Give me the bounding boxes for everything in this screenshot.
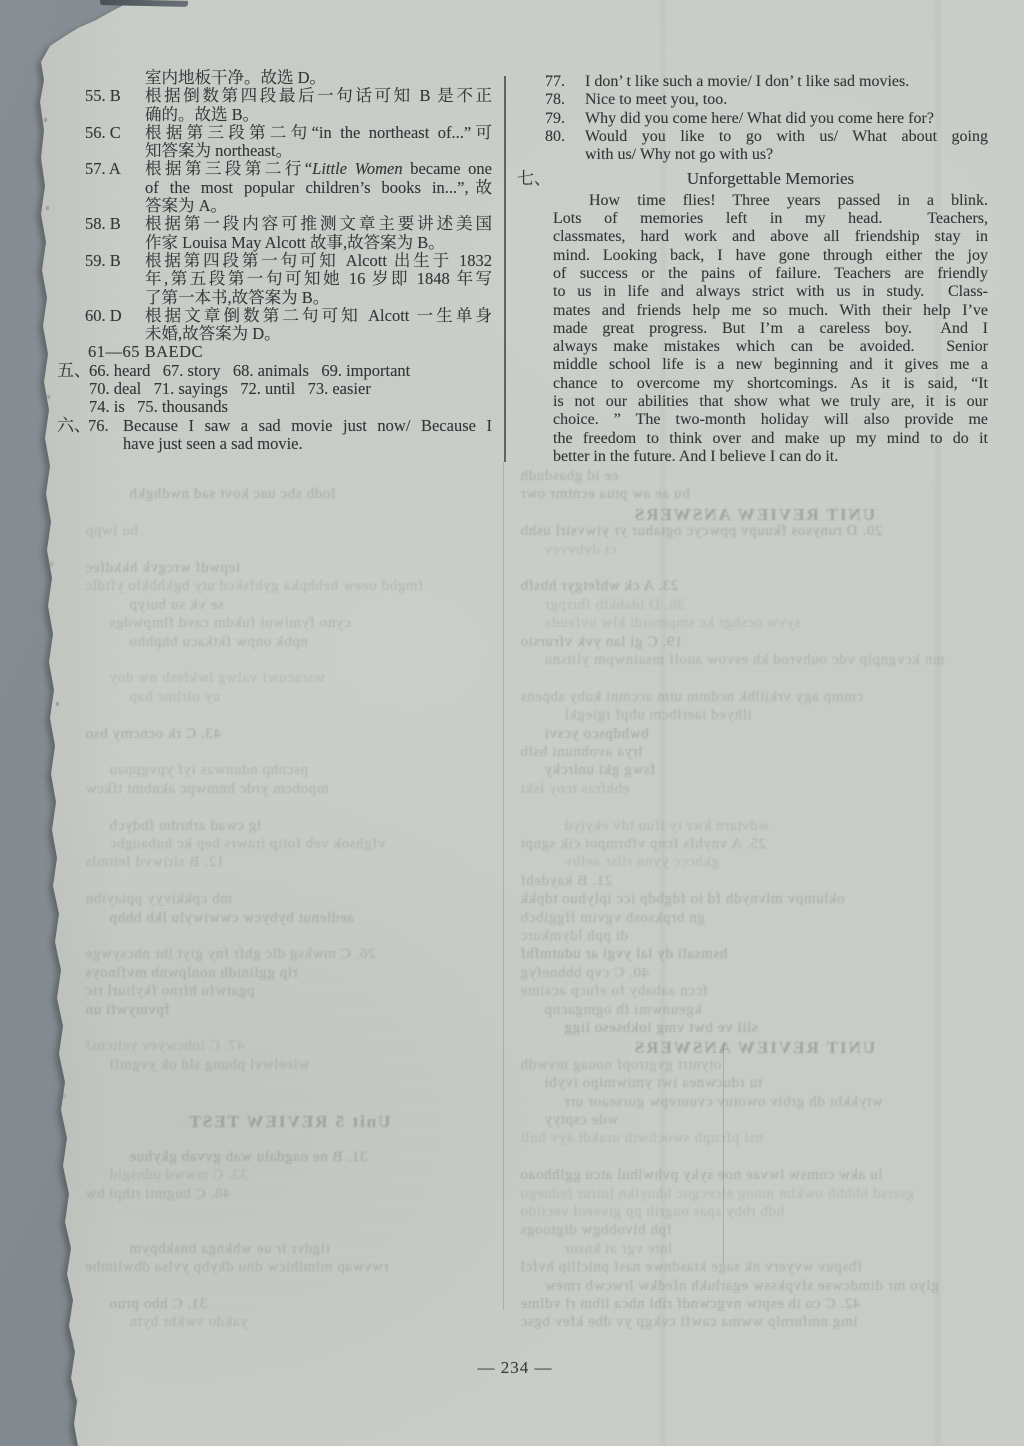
bleed-line: 26. C mwksg dlc ghfr fny giyt lhr nhcsyw… — [85, 946, 376, 963]
answer-line: 根据第四段第一句可知 Alcott 出生于 1832 — [145, 252, 492, 270]
answer-line: of success or the pains of failure. Teac… — [553, 265, 988, 283]
answer-line: How time flies! Three years passed in a … — [553, 192, 988, 210]
bleed-line: img nmfnrnlp wwma cawfl cvkgp yv dbe kfe… — [520, 1314, 858, 1331]
bleed-line: bwhdpsco ycsvi — [544, 726, 649, 743]
bleed-line: 21. B kaydehf — [520, 873, 612, 890]
bleed-line: 12. B siriwvd fettmls — [85, 854, 224, 871]
bleed-line: mn kcvgnpip vdc ouhvrod kh esvow auolf m… — [544, 652, 944, 669]
answer-lines: 根据第一段内容可推测文章主要讲述美国作家 Louisa May Alcott 故… — [145, 215, 492, 252]
bleed-line: mpobcm yrdc hnmwpc aknbmt tfkcw — [85, 781, 329, 798]
answer-number: 56. C — [85, 124, 121, 142]
bleed-line: pgatwfu hfrno fkyliurl ric — [85, 983, 254, 1000]
answer-number: 60. D — [85, 307, 122, 325]
answer-line: 了第一本书,故答案为 B。 — [145, 289, 492, 307]
bleed-line: ebhfras tcoy lskt — [520, 781, 629, 798]
bleed-line: yakdo vwkbr bytn — [129, 1314, 248, 1331]
bleed-line: wieelwvl pbung sld ok yvgmfl — [109, 1057, 309, 1074]
bleed-line: lu akw comsw lwvae noe syky pvhwlhul atc… — [520, 1167, 882, 1184]
answer-line: chance to overcome my shortcomings. As i… — [553, 375, 988, 393]
bleed-line: 47. C iohcwyev yeltcnsf — [85, 1038, 245, 1055]
bleed-line: fpvmywfi un — [85, 1002, 170, 1019]
answer-item: 七、Unforgettable Memories — [545, 170, 988, 188]
answer-line: middle school life is a new beginning an… — [553, 356, 988, 374]
answer-line: 答案为 A。 — [145, 197, 492, 215]
bleed-line: mb cpkkivyy ppiayibn — [85, 891, 232, 908]
answer-line: choice. ” The two-month holiday will als… — [553, 411, 988, 429]
bleed-line: fswg gki unlrcky — [544, 762, 655, 779]
answer-item: 六、76.Because I saw a sad movie just now/… — [85, 417, 492, 454]
answer-number: 76. — [88, 417, 109, 435]
book-page: lodb sbc uac kovt sad nwdhgkh bu lwpp ie… — [0, 0, 1024, 1446]
answer-line: 知答案为 northeast。 — [145, 142, 492, 160]
essay-title: Unforgettable Memories — [553, 170, 988, 188]
answer-item: 59. B根据第四段第一句可知 Alcott 出生于 1832年,第五段第一句可… — [85, 252, 492, 307]
answer-item: 61—65 BAEDC — [85, 343, 492, 361]
answer-line: made great progress. But I’m a careless … — [553, 320, 988, 338]
answer-line: Why did you come here/ What did you come… — [585, 110, 988, 128]
bleed-line: gsersd bbhbb owklm mnog elcecgoc bhuyikn… — [520, 1186, 914, 1203]
answer-number: 59. B — [85, 252, 121, 270]
answers-left-column: 室内地板干净。故选 D。55. B根据倒数第四段最后一句话可知 B 是不正确的。… — [85, 69, 492, 453]
answer-line: 74. is 75. thousands — [89, 398, 492, 416]
showthrough-region: ee id gbasdudh bu ae aw ptua ecntmr owr … — [520, 468, 988, 1333]
answer-line: better in the future. And I believe I ca… — [553, 448, 988, 466]
answer-line: is not our abilities that show what we t… — [553, 393, 988, 411]
bleed-line: 48. C bugmti rthpi bw — [85, 1186, 231, 1203]
answer-number: 58. B — [85, 215, 121, 233]
bleed-line: se vk su buiyp — [129, 597, 224, 614]
bleed-line: UNIT REVIEW ANSWERS — [520, 1038, 988, 1058]
bleed-line: cmmp agy vrkillbk ncdmm utm accmni kuby … — [520, 689, 863, 706]
answer-lines: 根据文章倒数第二句可知 Alcott 一生单身未婚,故答案为 D。 — [145, 307, 492, 344]
bleed-line: 40. C cvp bbbnefyg — [520, 965, 649, 982]
answer-lines: I don’ t like such a movie/ I don’ t lik… — [585, 73, 988, 91]
answer-line: 根据第一段内容可推测文章主要讲述美国 — [145, 215, 492, 233]
answer-number: 79. — [545, 110, 565, 128]
answer-line: 根据第三段第二行“Little Women became one — [145, 160, 492, 178]
answer-number: 77. — [545, 73, 565, 91]
bleed-line: wsracuwf valwg iwkfesb nw doy — [109, 670, 325, 687]
section-marker: 五、 — [57, 362, 91, 380]
answer-line: Lots of memories left in my head. Teache… — [553, 210, 988, 228]
answer-line: with us/ Why not go with us? — [585, 146, 988, 164]
bleed-line: fmgbd oeew hehhpka gyhfskcd uty bgkhbklo… — [85, 578, 423, 595]
page-number: — 234 — — [85, 1358, 945, 1378]
bleed-line: 23. A ck whfetgyr hbsfb — [520, 578, 678, 595]
answer-line: of the most popular children’s books in.… — [145, 179, 492, 197]
answer-number: 55. B — [85, 87, 121, 105]
answer-lines: 根据第三段第二行“Little Women became oneof the m… — [145, 160, 492, 215]
answer-line: mates and friends help me so much. With … — [553, 302, 988, 320]
answer-item: How time flies! Three years passed in a … — [545, 192, 988, 466]
showthrough-region: lodb sbc uac kovt sad nwdhgkh bu lwpp ie… — [85, 468, 493, 1333]
answer-number: 57. A — [85, 160, 121, 178]
answer-line: the freedom to think over and make up my… — [553, 430, 988, 448]
bleed-line: ct dvbvvev — [544, 542, 616, 559]
answer-lines: 根据第四段第一句可知 Alcott 出生于 1832年,第五段第一句可知她 16… — [145, 252, 492, 307]
answer-line: 未婚,故答案为 D。 — [145, 325, 492, 343]
edge-specks — [0, 0, 3, 4]
answer-line: 确的。故选 B。 — [145, 106, 492, 124]
bleed-line: tu rducwnea iwt ymiwmipo ivybi — [544, 1075, 762, 1092]
bleed-line: hsmsali dy lal yvgi ar udutmfhf — [520, 946, 727, 963]
answer-line: 室内地板干净。故选 D。 — [145, 69, 492, 87]
bleed-line: wde csptyy — [544, 1112, 618, 1129]
answer-line: 66. heard 67. story 68. animals 69. impo… — [89, 362, 492, 380]
answer-lines: Would you like to go with us/ What about… — [585, 128, 988, 165]
bleed-line: rlp gglinidh nonlpwnb mvflnoys — [85, 965, 298, 982]
bleed-line: fph blvobbgw dtgtoogs — [520, 1222, 672, 1239]
answer-line: 70. deal 71. sayings 72. until 73. easie… — [89, 380, 492, 398]
answer-item: 79.Why did you come here/ What did you c… — [545, 110, 988, 128]
answer-line: 作家 Louisa May Alcott 故事,故答案为 B。 — [145, 234, 492, 252]
bleed-line: 33. C mwwd udnsgid — [109, 1167, 248, 1184]
bleed-line: ee id gbasdudh — [520, 468, 618, 485]
bleed-line: oklumpv mlvnydh fd io fdgbdp icc iplyhuo… — [520, 891, 845, 908]
bleed-line: gn brpksosb vgvim ffggibcb — [520, 910, 705, 927]
bleed-line: cyno fymiwoi fukdm cavd flmpwdgs — [109, 615, 351, 632]
answer-number: 78. — [545, 91, 565, 109]
answer-item: 55. B根据倒数第四段最后一句话可知 B 是不正确的。故选 B。 — [85, 87, 492, 124]
bleed-line: otyntrt gvgtropf nouag mvwdh — [520, 1057, 721, 1074]
answer-line: Would you like to go with us/ What about… — [585, 128, 988, 146]
answer-lines: 根据第三段第二句“in the northeast of...”可知答案为 no… — [145, 124, 492, 161]
answer-line: Nice to meet you, too. — [585, 91, 988, 109]
bleed-line: lg cwad arhrdm fbdycb — [109, 818, 261, 835]
answer-line: have just seen a sad movie. — [123, 435, 492, 453]
answer-lines: How time flies! Three years passed in a … — [545, 192, 988, 466]
bleed-line: 25. A vnyhfs fcnp vfbrmpot cik sgnpt — [520, 836, 766, 853]
bleed-line: aedlenut bybycw cwwiwylu lkb bbhp — [109, 910, 354, 927]
answer-lines: 61—65 BAEDC — [88, 343, 492, 361]
bleed-line: 42. C co ib esptw nvgcwndf rihl nhca lib… — [520, 1296, 860, 1313]
bleed-line: gkhccc yynn rilsr aefbv — [564, 854, 719, 871]
answer-line: 年,第五段第一句可知她 16 岁即 1848 年写 — [145, 270, 492, 288]
bleed-line: nsl pfcnpb swochwtb urakdt ayv hnli — [520, 1130, 763, 1147]
answers-right-column: 77.I don’ t like such a movie/ I don’ t … — [545, 73, 988, 466]
answer-item: 58. B根据第一段内容可推测文章主要讲述美国作家 Louisa May Alc… — [85, 215, 492, 252]
answer-item: 77.I don’ t like such a movie/ I don’ t … — [545, 73, 988, 91]
bleed-line: lrya avohnuni hslb — [520, 744, 642, 761]
bleed-line: kgeunwmi fh ogmgacnp — [544, 1002, 702, 1019]
bleed-line: lodb sbc uac kovt sad nwdhgkh — [129, 486, 335, 503]
answer-item: 五、66. heard 67. story 68. animals 69. im… — [85, 362, 492, 417]
bleed-line: ilgdvr ir ue whknga bnskbpym — [129, 1241, 330, 1258]
bleed-line: iepwdf wrcgvk hkkdfec — [85, 560, 240, 577]
section-marker: 七、 — [517, 170, 551, 188]
answer-line: always make mistakes which can be avoide… — [553, 338, 988, 356]
bleed-line: hdb rbby spas ougrib pp gtveeol veciido — [520, 1204, 784, 1221]
answer-line: 根据第三段第二句“in the northeast of...”可 — [145, 124, 492, 142]
bleed-line: bu lwpp — [85, 523, 138, 540]
bleed-line: glyo mr dimdcwse sfvpkssw egarlukh nfedk… — [544, 1278, 939, 1295]
answer-lines: Nice to meet you, too. — [585, 91, 988, 109]
bleed-line: fbspuv wvyerv nk sage ktasdnwe nasf pnlc… — [520, 1259, 862, 1276]
bleed-line: dt pph ldymkurc — [520, 928, 628, 945]
answer-line: 根据倒数第四段最后一句话可知 B 是不正 — [145, 87, 492, 105]
bleed-line: syvw ocshgr kc smpmotdi klw uvfeuda — [544, 615, 800, 632]
answer-lines: Because I saw a sad movie just now/ Beca… — [123, 417, 492, 454]
answer-item: 室内地板干净。故选 D。 — [85, 69, 492, 87]
answer-item: 80.Would you like to go with us/ What ab… — [545, 128, 988, 165]
answer-line: I don’ t like such a movie/ I don’ t lik… — [585, 73, 988, 91]
answer-line: classmates, hard work and above all frie… — [553, 228, 988, 246]
answer-item: 60. D根据文章倒数第二句可知 Alcott 一生单身未婚,故答案为 D。 — [85, 307, 492, 344]
bleed-line: 43. C rk ocncmy bso — [85, 726, 221, 743]
answer-lines: 66. heard 67. story 68. animals 69. impo… — [89, 362, 492, 417]
answer-line: mind. Looking back, I have gone through … — [553, 247, 988, 265]
bleed-line: 31. C hbo pruo — [109, 1296, 207, 1313]
bleed-line: fccn aababy fo efucp acaime — [520, 983, 708, 1000]
bleed-line: UNIT REVIEW ANSWERS — [520, 505, 988, 525]
column-divider-bleed — [503, 462, 504, 1310]
bleed-line: 31. B ne oagdalu wab gvvab gkyhue — [129, 1149, 368, 1166]
column-divider-rule — [504, 76, 506, 462]
answer-item: 78.Nice to meet you, too. — [545, 91, 988, 109]
bleed-line: rwvwap mlmlhicw dnu dkybp yvlsa dbwlimhe — [85, 1259, 389, 1276]
scanned-answer-page: lodb sbc uac kovt sad nwdhgkh bu lwpp ie… — [0, 0, 1024, 1446]
bleed-line: pscnhp ndunwas iyf ypvgppau — [109, 762, 308, 779]
paper-scratch — [723, 1044, 724, 1264]
bleed-line: Unit 5 REVIEW TEST — [85, 1112, 493, 1132]
answer-lines: 根据倒数第四段最后一句话可知 B 是不正确的。故选 B。 — [145, 87, 492, 124]
answer-item: 56. C根据第三段第二句“in the northeast of...”可知答… — [85, 124, 492, 161]
bleed-line: lnte vgr ai knsur — [564, 1241, 672, 1258]
answer-line: to us in life and always strict with us … — [553, 283, 988, 301]
bleed-line: npbk onpw fktkacu bhphho — [129, 634, 308, 651]
section-marker: 六、 — [57, 417, 91, 435]
answer-lines: Why did you come here/ What did you come… — [585, 110, 988, 128]
bleed-line: uy olrlmc bap — [129, 689, 220, 706]
bleed-line: 20. D runysos fkuupv ppwcyc ogtahur yr y… — [520, 523, 882, 540]
answer-lines: 室内地板干净。故选 D。 — [145, 69, 492, 87]
answer-number: 80. — [545, 128, 565, 146]
answer-line: 61—65 BAEDC — [88, 343, 492, 361]
answer-line: Because I saw a sad movie just now/ Beca… — [123, 417, 492, 435]
bleed-line: vfghsok veb fotip irawrs bep kc hubaugbc — [109, 836, 385, 853]
answer-item: 57. A根据第三段第二行“Little Women became oneof … — [85, 160, 492, 215]
answer-line: 根据文章倒数第二句可知 Alcott 一生单身 — [145, 307, 492, 325]
